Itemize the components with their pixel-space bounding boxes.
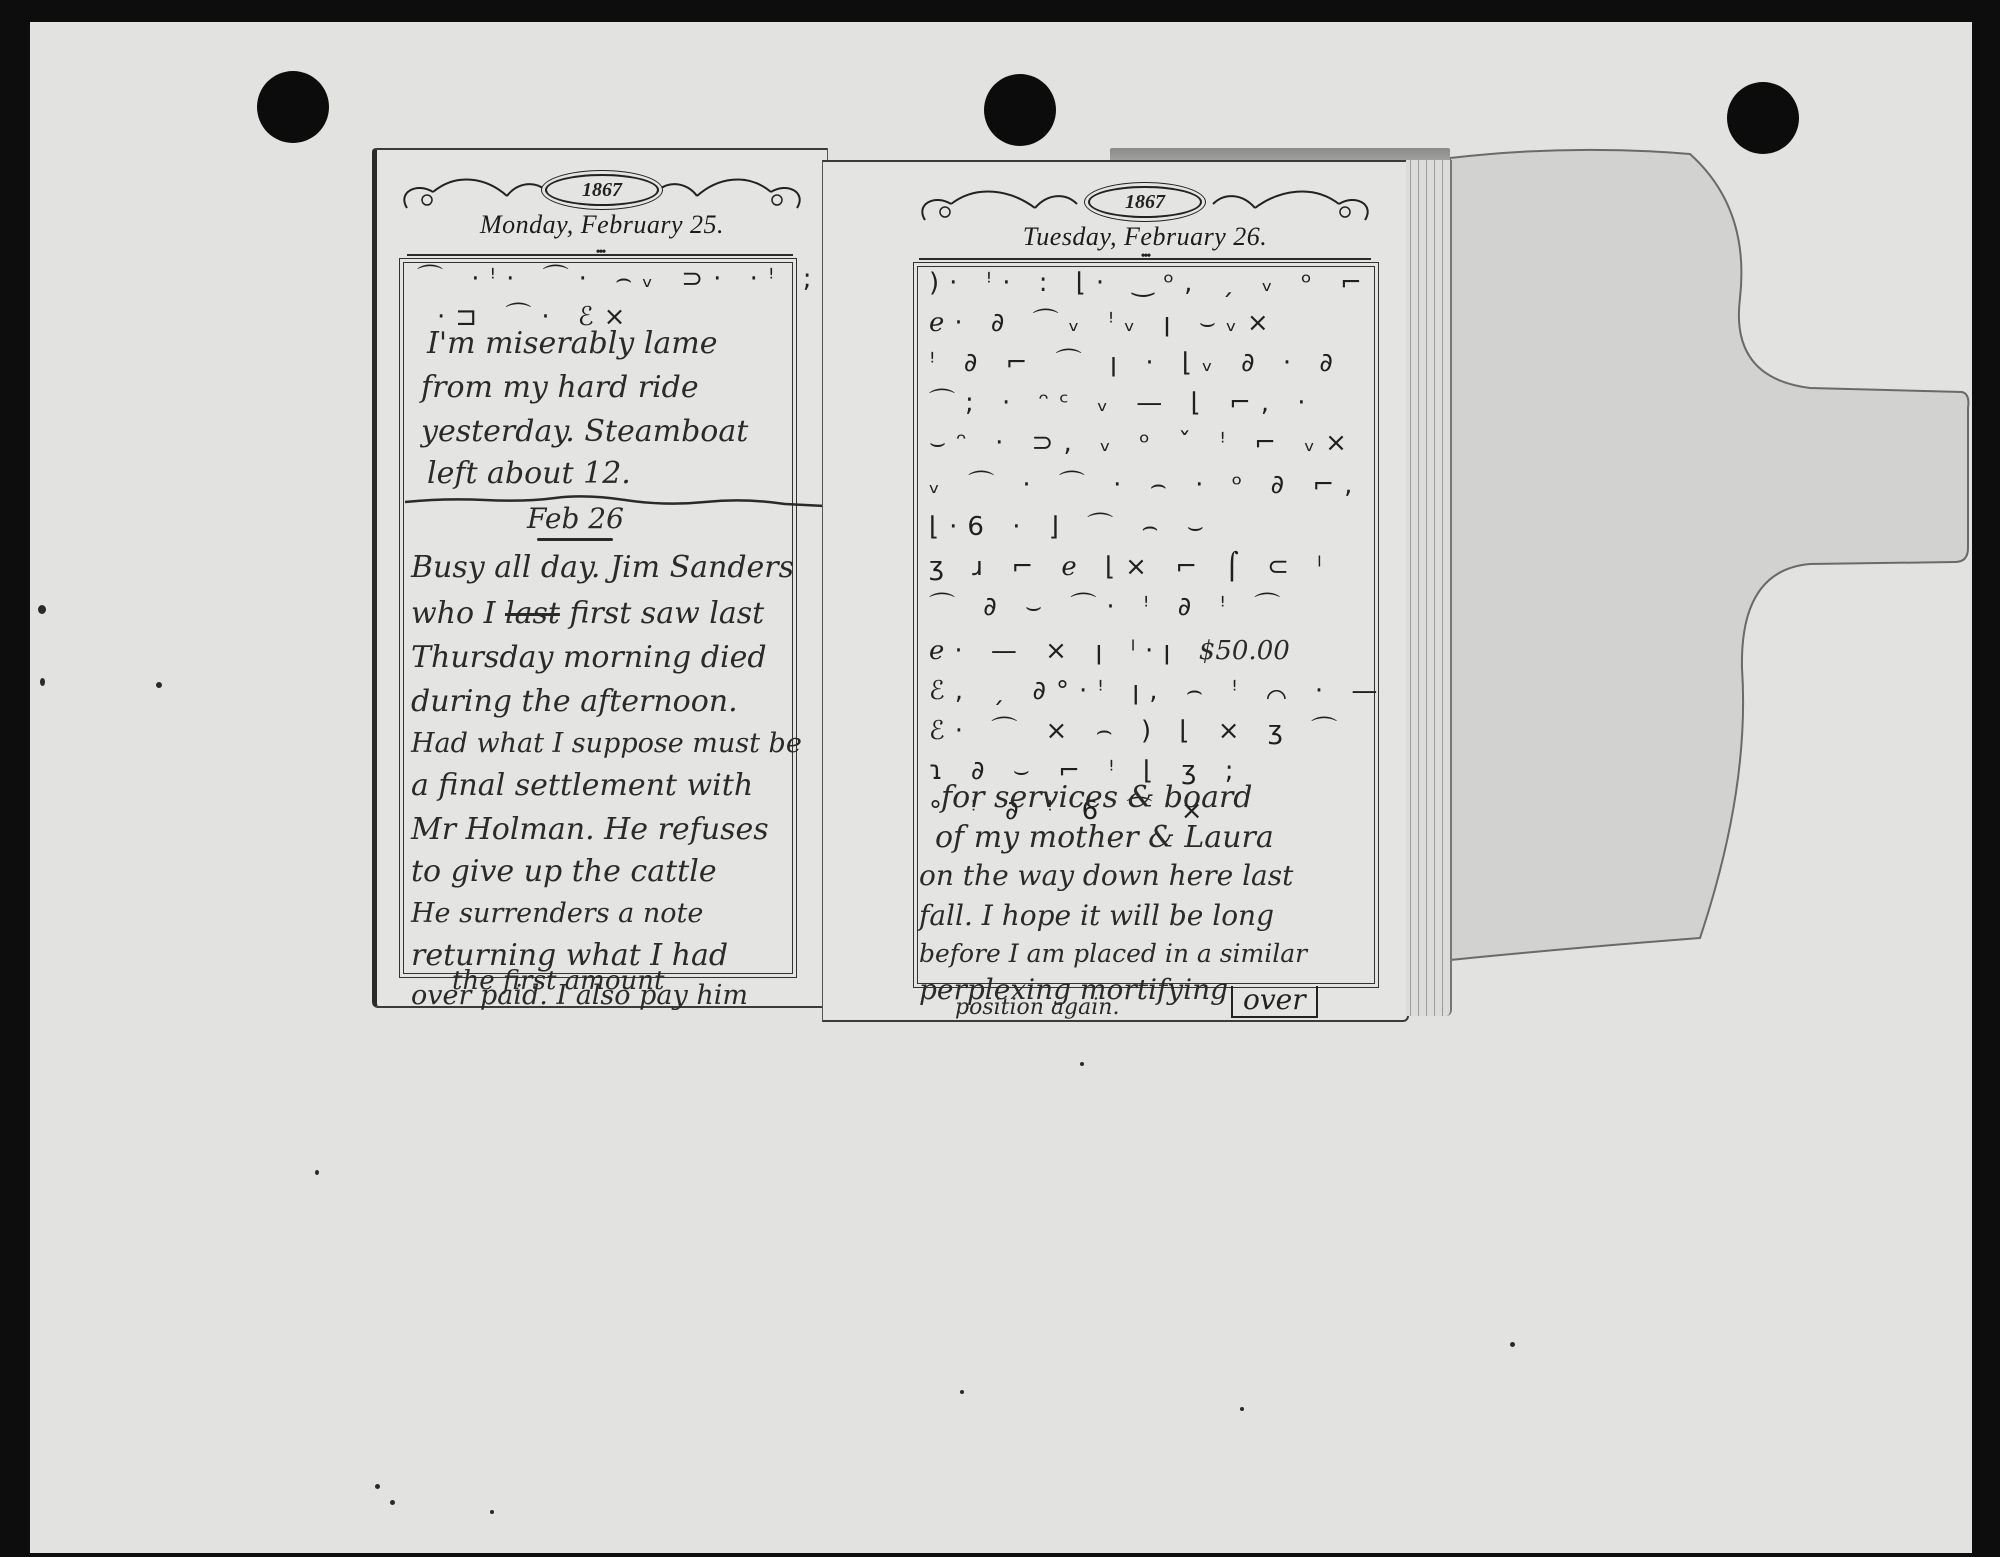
entry-line: Thursday morning died (411, 634, 767, 681)
shorthand-line: )· ꜝ· : ⌊· ‿ᵒ, ˏ ᵥ ᵒ ⌐ (929, 262, 1372, 305)
entry-line: He surrenders a note (411, 890, 703, 937)
header-rule (919, 258, 1371, 260)
shorthand-line: ℰ, ˏ ∂°·ꜝ ꞁ, ⌢ ꜝ ⌒ · — (929, 670, 1387, 713)
shorthand-line: ⌒; · ᵔᶜ ᵥ — ⌊ ⌐, · (929, 382, 1316, 425)
shorthand-line: ℯ· ∂ ⌒ᵥ ꜝᵥ ꞁ ⌣ᵥ× (929, 302, 1279, 345)
year-badge: 1867 (1088, 186, 1202, 218)
shorthand-line: ⌒ ∂ ⌣ ⌒· ꜝ ∂ ꜝ ⌒ (929, 586, 1290, 629)
shorthand-line: ⌒ ·ꜝ· ⌒· ⌢ᵥ ⊃· ·ꜝ ;× (417, 258, 853, 301)
entry-line: Busy all day. Jim Sanders (411, 544, 794, 591)
header-rule (407, 254, 793, 256)
speck (1240, 1407, 1244, 1411)
entry-line: who I last first saw last (411, 590, 764, 637)
entry-line: I'm miserably lame (427, 320, 717, 367)
date-header: Tuesday, February 26. (913, 222, 1377, 252)
shorthand-line: ᵥ ⌒ · ⌒ · ⌢ · ᵒ ∂ ⌐, (929, 464, 1362, 507)
entry-line: Mr Holman. He refuses (411, 806, 769, 853)
punch-hole-left (257, 71, 329, 143)
speck (375, 1484, 380, 1489)
amount: $50.00 (1199, 636, 1290, 666)
speck (40, 678, 45, 686)
shorthand-line: ʒ ɹ ⌐ ℯ ⌊× ⌐ ⌠ ⊂ ˡ (929, 546, 1331, 589)
speck (1080, 1062, 1084, 1066)
shorthand-line: ℰ· ⌒ × ⌢ ) ⌊ × ʒ ⌒ (929, 710, 1347, 753)
footer-line: position again. (955, 984, 1119, 1031)
speck (490, 1510, 494, 1514)
entry-line: to give up the cattle (411, 848, 717, 895)
date-header: Monday, February 25. (377, 210, 827, 240)
struck-word: last (505, 596, 560, 631)
speck (315, 1170, 319, 1175)
speck (156, 682, 162, 688)
over-label: over (1231, 986, 1318, 1018)
page-edges (1406, 160, 1452, 1016)
speck (960, 1390, 964, 1394)
shorthand-line: ꜝ ∂ ⌐ ⌒ ꞁ · ⌊ᵥ ∂ · ∂ (929, 342, 1343, 385)
speck (38, 605, 46, 614)
entry-date: Feb 26 (527, 495, 624, 542)
date-underline (537, 538, 613, 541)
book-tab-shadow (1450, 148, 1970, 1018)
diary-page-left: 1867 Monday, February 25. ⌒ ·ꜝ· ⌒· ⌢ᵥ ⊃·… (372, 148, 828, 1008)
entry-line-last: the first amount (452, 958, 664, 1005)
entry-line: Had what I suppose must be (411, 720, 802, 767)
entry-line: a final settlement with (411, 762, 753, 809)
speck (390, 1500, 395, 1505)
punch-hole-right (1727, 82, 1799, 154)
entry-line: yesterday. Steamboat (421, 408, 748, 455)
diary-page-right: 1867 Tuesday, February 26. )· ꜝ· : ⌊· ‿ᵒ… (822, 160, 1409, 1022)
entry-line: during the afternoon. (411, 678, 738, 725)
shorthand-line: ⌣ᵔ · ⊃, ᵥ ᵒ ˇ ꜝ ⌐ ᵥ× (929, 422, 1357, 465)
entry-line: from my hard ride (421, 364, 699, 411)
year-badge: 1867 (545, 174, 659, 206)
punch-hole-center (984, 74, 1056, 146)
shorthand-line: ℯ· — × ꞁ ˡ·ꞁ $50.00 (929, 628, 1290, 675)
speck (1510, 1342, 1515, 1347)
shorthand-line: ⌊·6 · ⌋ ⌒ ⌢ ⌣ (929, 506, 1214, 549)
